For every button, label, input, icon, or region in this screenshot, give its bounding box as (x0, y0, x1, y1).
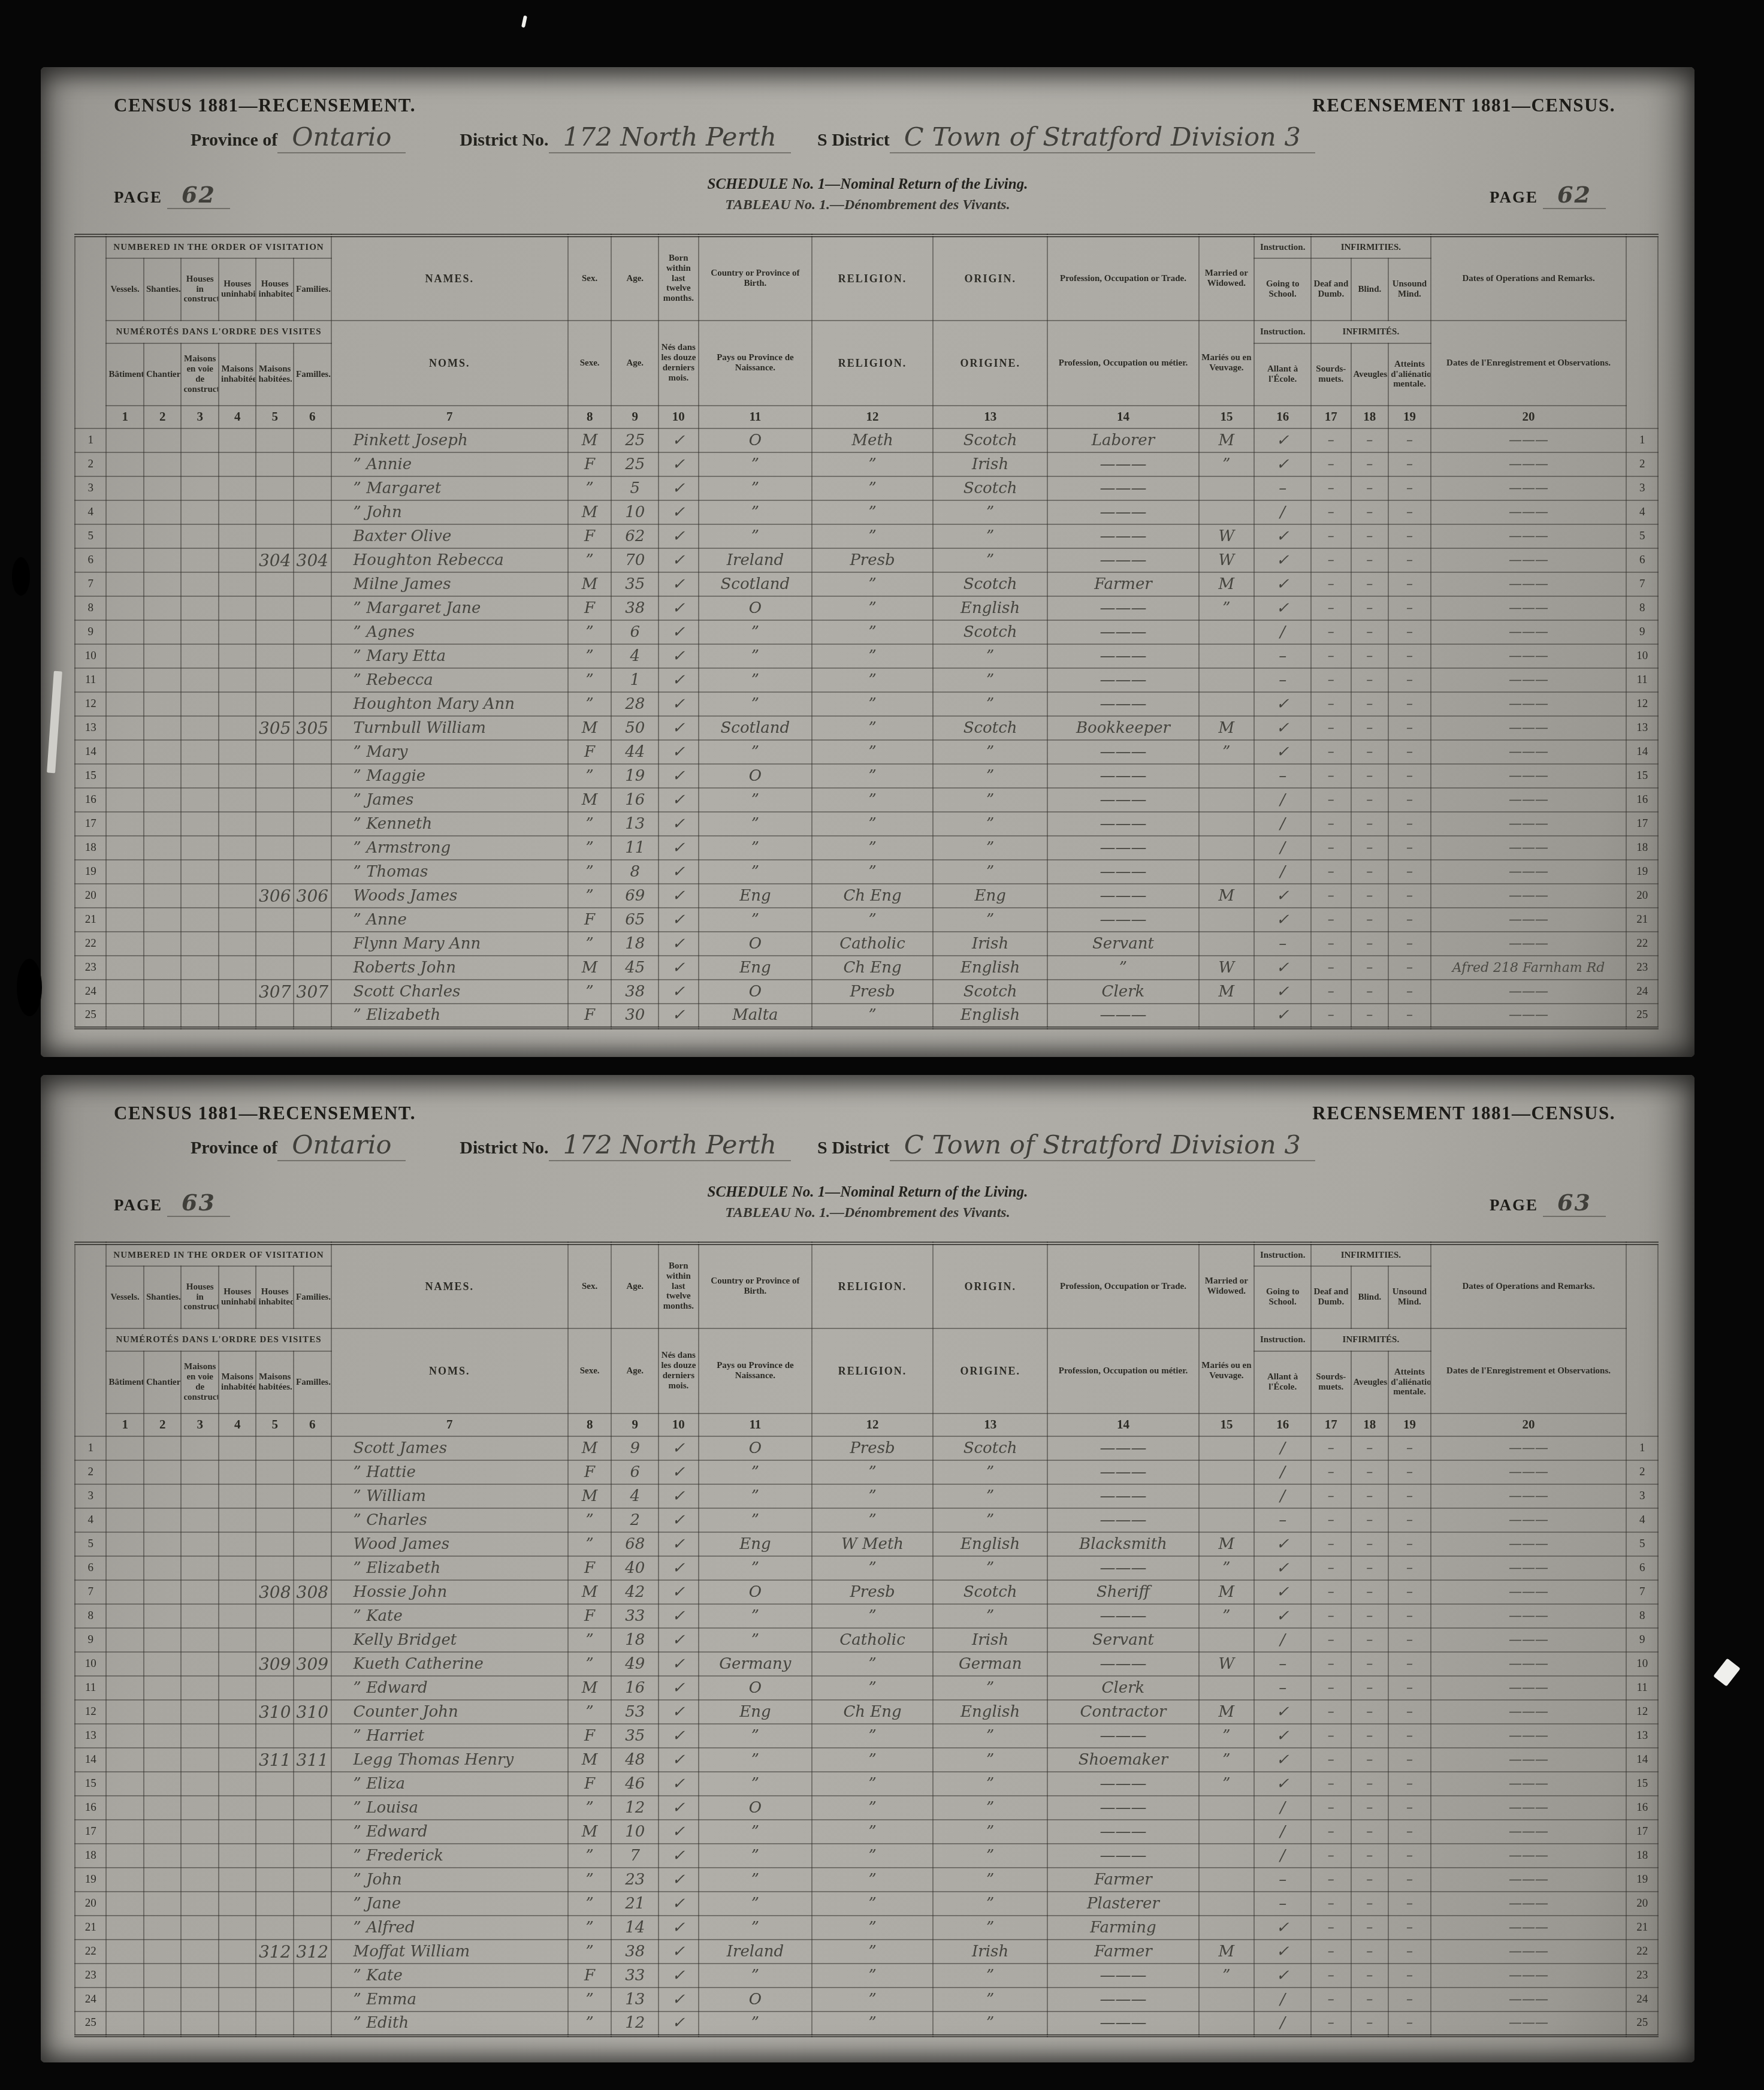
families (294, 1484, 331, 1508)
unsound-mind: – (1388, 860, 1431, 884)
table-row: 21” Alfred”14✓”””Farming✓–––———21 (75, 1916, 1658, 1940)
houses-inhabited (256, 1676, 294, 1700)
unsound-mind: – (1388, 572, 1431, 596)
houses-uninhabited (219, 1772, 256, 1796)
vessels (106, 740, 144, 764)
remarks-header-en: Dates of Operations and Remarks. (1431, 1243, 1627, 1328)
table-row: 11” EdwardM16✓O””Clerk––––———11 (75, 1676, 1658, 1700)
district-field: District No. 172 North Perth (460, 125, 791, 153)
row-number-right: 15 (1626, 1772, 1658, 1796)
vessels (106, 908, 144, 932)
shanties (144, 1628, 182, 1652)
going-to-school: ✓ (1254, 1532, 1311, 1556)
origin: ” (933, 812, 1048, 836)
shanties (144, 1820, 182, 1844)
born-within-year: ✓ (659, 1580, 699, 1604)
visit-col-fr-1: Bâtiments. (106, 1351, 144, 1414)
column-number-12: 12 (812, 1414, 933, 1436)
families: 307 (294, 980, 331, 1004)
married-header-en: Married or Widowed. (1199, 1243, 1255, 1328)
married-header-fr: Mariés ou en Veuvage. (1199, 1328, 1255, 1414)
origin: ” (933, 668, 1048, 692)
born-within-year: ✓ (659, 2012, 699, 2035)
families (294, 500, 331, 524)
remarks-header-fr: Dates de l'Enregistrement et Observation… (1431, 321, 1627, 406)
blind: – (1351, 1532, 1389, 1556)
row-number-right: 23 (1626, 956, 1658, 980)
blind: – (1351, 1676, 1389, 1700)
deaf-dumb: – (1311, 884, 1351, 908)
shanties (144, 548, 182, 572)
remarks: ——— (1431, 548, 1627, 572)
column-number-2: 2 (144, 1414, 182, 1436)
deaf-dumb: – (1311, 956, 1351, 980)
going-to-school: / (1254, 620, 1311, 644)
born-within-year: ✓ (659, 932, 699, 956)
birthplace: Scotland (699, 572, 812, 596)
birthplace: ” (699, 908, 812, 932)
shanties (144, 1436, 182, 1460)
remarks: ——— (1431, 1988, 1627, 2012)
visit-col-en-4: Houses uninhabited. (219, 258, 256, 321)
table-row: 23Roberts JohnM45✓EngCh EngEnglish”W✓–––… (75, 956, 1658, 980)
table-row: 25” ElizabethF30✓Malta”English———✓–––———… (75, 1004, 1658, 1028)
deaf-dumb: – (1311, 1652, 1351, 1676)
houses-inhabited (256, 1556, 294, 1580)
going-to-school: ✓ (1254, 572, 1311, 596)
houses-uninhabited (219, 1676, 256, 1700)
row-number-right: 7 (1626, 572, 1658, 596)
birthplace: ” (699, 836, 812, 860)
occupation: Shoemaker (1047, 1748, 1198, 1772)
married-widowed: M (1199, 1940, 1255, 1964)
shanties (144, 884, 182, 908)
sex-header-en: Sex. (568, 235, 612, 321)
birthplace: ” (699, 860, 812, 884)
column-number-4: 4 (219, 406, 256, 428)
families (294, 1436, 331, 1460)
name: Kelly Bridget (331, 1628, 568, 1652)
page-number-value: 63 (1543, 1191, 1606, 1217)
blind: – (1351, 1556, 1389, 1580)
religion: ” (812, 2012, 933, 2035)
remarks: ——— (1431, 500, 1627, 524)
houses-uninhabited (219, 1940, 256, 1964)
occupation: Clerk (1047, 980, 1198, 1004)
name: ” Armstrong (331, 836, 568, 860)
birthplace: O (699, 596, 812, 620)
families (294, 692, 331, 716)
occupation: ——— (1047, 1772, 1198, 1796)
deaf-dumb: – (1311, 836, 1351, 860)
deaf-dumb: – (1311, 572, 1351, 596)
sex: M (568, 716, 612, 740)
column-number-18: 18 (1351, 406, 1389, 428)
row-number: 25 (75, 1004, 106, 1028)
column-number-19: 19 (1388, 1414, 1431, 1436)
age: 13 (611, 1988, 659, 2012)
remarks: ——— (1431, 1652, 1627, 1676)
blind: – (1351, 524, 1389, 548)
married-widowed: M (1199, 428, 1255, 452)
born-within-year: ✓ (659, 956, 699, 980)
occupation: ——— (1047, 860, 1198, 884)
families (294, 1676, 331, 1700)
going-to-school: – (1254, 1676, 1311, 1700)
row-number-right: 23 (1626, 1964, 1658, 1988)
row-number: 8 (75, 596, 106, 620)
born-within-year: ✓ (659, 1508, 699, 1532)
going-to-school: ✓ (1254, 692, 1311, 716)
married-widowed (1199, 908, 1255, 932)
row-number: 15 (75, 1772, 106, 1796)
going-to-school: ✓ (1254, 1916, 1311, 1940)
houses-inhabited (256, 1964, 294, 1988)
row-number-right: 3 (1626, 476, 1658, 500)
families (294, 620, 331, 644)
going-to-school: – (1254, 932, 1311, 956)
born-header-fr: Nés dans les douze derniers mois. (659, 321, 699, 406)
sex: ” (568, 692, 612, 716)
origin-header-en: ORIGIN. (933, 1243, 1048, 1328)
name: ” Kate (331, 1964, 568, 1988)
unsound-mind: – (1388, 1844, 1431, 1868)
table-row: 3” Margaret”5✓””Scotch———––––———3 (75, 476, 1658, 500)
shanties (144, 428, 182, 452)
remarks: ——— (1431, 452, 1627, 476)
going-to-school: ✓ (1254, 596, 1311, 620)
province-value: Ontario (277, 125, 406, 153)
going-to-school: – (1254, 1652, 1311, 1676)
remarks: ——— (1431, 1604, 1627, 1628)
birthplace: O (699, 1988, 812, 2012)
birthplace: Eng (699, 1532, 812, 1556)
religion: ” (812, 1484, 933, 1508)
houses-inhabited (256, 932, 294, 956)
sex: ” (568, 1628, 612, 1652)
row-number-right: 24 (1626, 980, 1658, 1004)
age: 44 (611, 740, 659, 764)
families (294, 1964, 331, 1988)
row-number: 9 (75, 620, 106, 644)
table-row: 13” HarrietF35✓”””———”✓–––———13 (75, 1724, 1658, 1748)
religion: ” (812, 860, 933, 884)
row-number-right: 15 (1626, 764, 1658, 788)
houses-uninhabited (219, 812, 256, 836)
sex: M (568, 1484, 612, 1508)
table-row: 2” HattieF6✓”””———/–––———2 (75, 1460, 1658, 1484)
deaf-dumb: – (1311, 1796, 1351, 1820)
shanties (144, 1940, 182, 1964)
column-number-20: 20 (1431, 1414, 1627, 1436)
houses-inhabited (256, 956, 294, 980)
married-widowed (1199, 788, 1255, 812)
age: 4 (611, 644, 659, 668)
column-number-7: 7 (331, 406, 568, 428)
blind: – (1351, 428, 1389, 452)
page-number-value: 62 (167, 183, 230, 209)
subdistrict-label: S District (817, 130, 890, 150)
unsound-mind: – (1388, 620, 1431, 644)
blind: – (1351, 476, 1389, 500)
remarks: ——— (1431, 1700, 1627, 1724)
unsound-mind: – (1388, 956, 1431, 980)
houses-uninhabited (219, 1532, 256, 1556)
remarks: ——— (1431, 860, 1627, 884)
row-number: 6 (75, 548, 106, 572)
visit-col-fr-4: Maisons inhabitées. (219, 343, 256, 406)
visit-col-en-3: Houses in construction. (181, 1266, 219, 1328)
religion: ” (812, 1652, 933, 1676)
row-number: 7 (75, 572, 106, 596)
origin: ” (933, 1484, 1048, 1508)
blind: – (1351, 788, 1389, 812)
religion-header-en: RELIGION. (812, 235, 933, 321)
families: 306 (294, 884, 331, 908)
married-widowed: ” (1199, 596, 1255, 620)
name: Woods James (331, 884, 568, 908)
remarks: ——— (1431, 716, 1627, 740)
born-within-year: ✓ (659, 500, 699, 524)
unsound-mind: – (1388, 644, 1431, 668)
religion: Catholic (812, 932, 933, 956)
origin: ” (933, 1676, 1048, 1700)
remarks: ——— (1431, 812, 1627, 836)
born-within-year: ✓ (659, 1868, 699, 1892)
origin: ” (933, 836, 1048, 860)
row-number: 24 (75, 980, 106, 1004)
families (294, 1820, 331, 1844)
vessels (106, 812, 144, 836)
occupation: ——— (1047, 884, 1198, 908)
houses-construction (181, 1628, 219, 1652)
age: 7 (611, 1844, 659, 1868)
occupation: ——— (1047, 1484, 1198, 1508)
column-number-1: 1 (106, 1414, 144, 1436)
occupation: Servant (1047, 1628, 1198, 1652)
sex: M (568, 1748, 612, 1772)
table-row: 3” WilliamM4✓”””———/–––———3 (75, 1484, 1658, 1508)
blind: – (1351, 1700, 1389, 1724)
name: Turnbull William (331, 716, 568, 740)
families (294, 788, 331, 812)
blind: – (1351, 1652, 1389, 1676)
sex: ” (568, 1652, 612, 1676)
table-row: 10” Mary Etta”4✓”””———––––———10 (75, 644, 1658, 668)
remarks: ——— (1431, 1004, 1627, 1028)
census-page-63: CENSUS 1881—RECENSEMENT. RECENSEMENT 188… (41, 1075, 1694, 2062)
married-widowed (1199, 812, 1255, 836)
vessels (106, 788, 144, 812)
deaf-dumb: – (1311, 1556, 1351, 1580)
age: 65 (611, 908, 659, 932)
age: 18 (611, 1628, 659, 1652)
blind: – (1351, 1844, 1389, 1868)
shanties (144, 980, 182, 1004)
vessels (106, 1868, 144, 1892)
name: ” Hattie (331, 1460, 568, 1484)
married-widowed: ” (1199, 1724, 1255, 1748)
table-row: 6” ElizabethF40✓”””———”✓–––———6 (75, 1556, 1658, 1580)
vessels (106, 1796, 144, 1820)
going-to-school: – (1254, 1892, 1311, 1916)
shanties (144, 788, 182, 812)
row-number: 2 (75, 452, 106, 476)
row-number: 17 (75, 1820, 106, 1844)
column-number-11: 11 (699, 1414, 812, 1436)
origin: ” (933, 1724, 1048, 1748)
unsound-mind: – (1388, 1964, 1431, 1988)
province-field: Province of Ontario (191, 1132, 406, 1161)
deaf-dumb: – (1311, 1748, 1351, 1772)
deaf-dumb: – (1311, 1604, 1351, 1628)
born-within-year: ✓ (659, 644, 699, 668)
families (294, 860, 331, 884)
families (294, 452, 331, 476)
deaf-dumb: – (1311, 1676, 1351, 1700)
age: 25 (611, 428, 659, 452)
sex: ” (568, 884, 612, 908)
going-to-school: ✓ (1254, 428, 1311, 452)
row-number: 19 (75, 860, 106, 884)
header-fields: Province of Ontario District No. 172 Nor… (41, 125, 1694, 153)
column-number-20: 20 (1431, 406, 1627, 428)
unsound-mind: – (1388, 1556, 1431, 1580)
age: 48 (611, 1748, 659, 1772)
row-number-right: 14 (1626, 1748, 1658, 1772)
married-widowed (1199, 1460, 1255, 1484)
row-number: 1 (75, 428, 106, 452)
houses-uninhabited (219, 1964, 256, 1988)
houses-construction (181, 548, 219, 572)
occupation: ——— (1047, 524, 1198, 548)
houses-uninhabited (219, 740, 256, 764)
row-number: 10 (75, 1652, 106, 1676)
sex: F (568, 1604, 612, 1628)
remarks: ——— (1431, 788, 1627, 812)
occupation-header-fr: Profession, Occupation ou métier. (1047, 1328, 1198, 1414)
going-to-school: / (1254, 2012, 1311, 2035)
name: ” Maggie (331, 764, 568, 788)
houses-inhabited (256, 1004, 294, 1028)
birthplace: ” (699, 812, 812, 836)
families (294, 812, 331, 836)
going-to-school: / (1254, 500, 1311, 524)
houses-inhabited (256, 596, 294, 620)
families (294, 476, 331, 500)
houses-inhabited (256, 1436, 294, 1460)
blind: – (1351, 1604, 1389, 1628)
origin: ” (933, 788, 1048, 812)
name: ” Emma (331, 1988, 568, 2012)
houses-inhabited (256, 740, 294, 764)
vessels (106, 1460, 144, 1484)
houses-uninhabited (219, 764, 256, 788)
married-widowed (1199, 1676, 1255, 1700)
blind: – (1351, 908, 1389, 932)
name: ” Charles (331, 1508, 568, 1532)
birthplace: Ireland (699, 1940, 812, 1964)
row-number-right: 9 (1626, 1628, 1658, 1652)
born-within-year: ✓ (659, 1772, 699, 1796)
origin: ” (933, 1844, 1048, 1868)
school-header-fr: Allant à l'École. (1254, 1351, 1311, 1414)
houses-inhabited (256, 1844, 294, 1868)
column-number-9: 9 (611, 406, 659, 428)
religion: ” (812, 836, 933, 860)
table-row: 11” Rebecca”1✓”””———––––———11 (75, 668, 1658, 692)
row-number-right: 1 (1626, 1436, 1658, 1460)
born-within-year: ✓ (659, 788, 699, 812)
going-to-school: / (1254, 788, 1311, 812)
name: Scott Charles (331, 980, 568, 1004)
deaf-dumb: – (1311, 1700, 1351, 1724)
age: 45 (611, 956, 659, 980)
unsound-mind: – (1388, 1580, 1431, 1604)
deaf-dumb: – (1311, 1892, 1351, 1916)
page-number-value: 62 (1543, 183, 1606, 209)
row-number: 18 (75, 1844, 106, 1868)
unsound-mind: – (1388, 476, 1431, 500)
row-number-right: 25 (1626, 2012, 1658, 2035)
column-number-6: 6 (294, 1414, 331, 1436)
row-number: 24 (75, 1988, 106, 2012)
names-header-fr: NOMS. (331, 1328, 568, 1414)
going-to-school: / (1254, 1820, 1311, 1844)
houses-uninhabited (219, 1628, 256, 1652)
row-number-right: 22 (1626, 932, 1658, 956)
infirmities-group-fr: INFIRMITÉS. (1311, 1328, 1431, 1351)
row-number-right: 18 (1626, 836, 1658, 860)
sex: M (568, 788, 612, 812)
families (294, 1460, 331, 1484)
occupation: Blacksmith (1047, 1532, 1198, 1556)
occupation: ——— (1047, 548, 1198, 572)
birthplace: Eng (699, 956, 812, 980)
birthplace: ” (699, 1556, 812, 1580)
born-within-year: ✓ (659, 812, 699, 836)
unsound-mind: – (1388, 1940, 1431, 1964)
birthplace: Eng (699, 884, 812, 908)
infirmities-group-en: INFIRMITIES. (1311, 1243, 1431, 1266)
houses-uninhabited (219, 980, 256, 1004)
blind-header-en: Blind. (1351, 1266, 1389, 1328)
infirmities-group-fr: INFIRMITÉS. (1311, 321, 1431, 343)
row-number-right: 8 (1626, 1604, 1658, 1628)
shanties (144, 1700, 182, 1724)
visitation-group-fr: NUMÉROTÉS DANS L'ORDRE DES VISITES (106, 321, 331, 343)
instruction-group-fr: Instruction. (1254, 1328, 1311, 1351)
families (294, 2012, 331, 2035)
sex: F (568, 1724, 612, 1748)
religion-header-fr: RELIGION. (812, 1328, 933, 1414)
column-number-14: 14 (1047, 406, 1198, 428)
religion: Presb (812, 980, 933, 1004)
sex: F (568, 1556, 612, 1580)
remarks: ——— (1431, 2012, 1627, 2035)
row-number-right: 2 (1626, 452, 1658, 476)
going-to-school: ✓ (1254, 956, 1311, 980)
blind: – (1351, 644, 1389, 668)
blind: – (1351, 1916, 1389, 1940)
deaf-dumb: – (1311, 476, 1351, 500)
table-row: 16” JamesM16✓”””———/–––———16 (75, 788, 1658, 812)
vessels (106, 1844, 144, 1868)
remarks-header-en: Dates of Operations and Remarks. (1431, 235, 1627, 321)
houses-construction (181, 1916, 219, 1940)
married-widowed (1199, 1436, 1255, 1460)
age: 25 (611, 452, 659, 476)
